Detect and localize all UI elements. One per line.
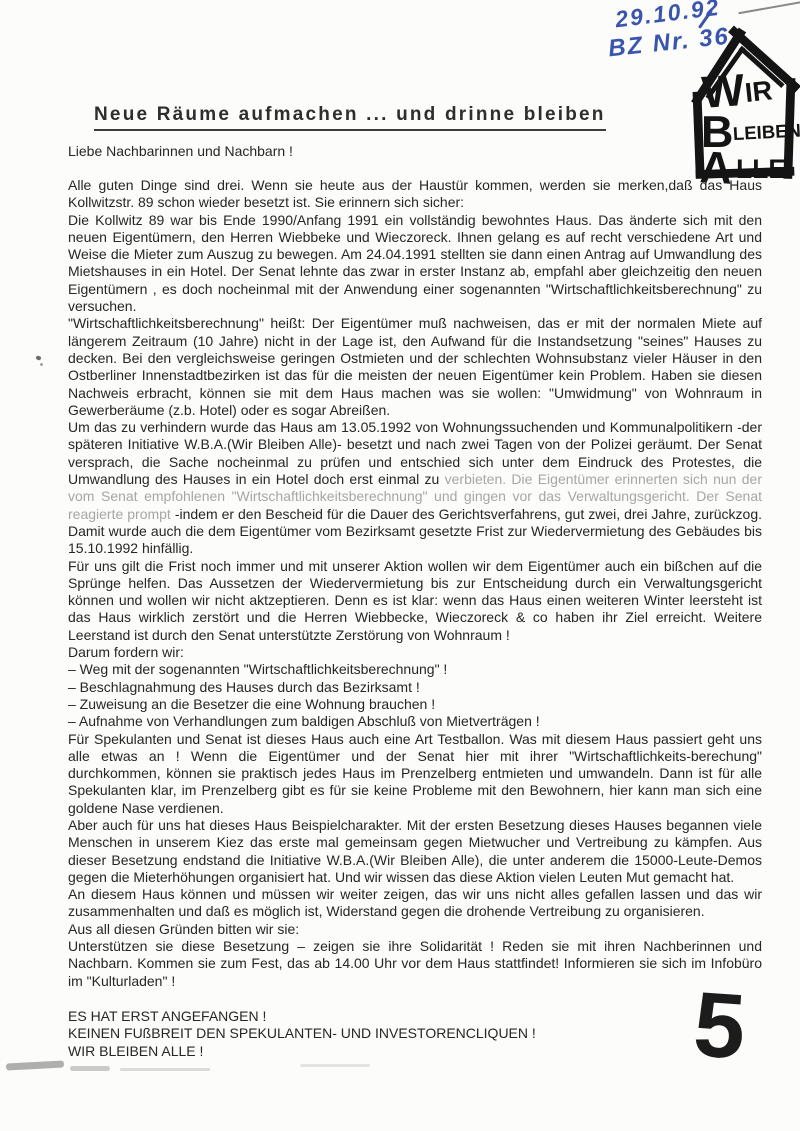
paragraph-6: Für Spekulanten und Senat ist dieses Hau… — [68, 731, 762, 817]
closing-line-1: ES HAT ERST ANGEFANGEN ! — [68, 1008, 762, 1025]
letter-body: Alle guten Dinge sind drei. Wenn sie heu… — [68, 177, 762, 1060]
salutation: Liebe Nachbarinnen und Nachbarn ! — [68, 143, 293, 159]
scan-smudge — [70, 1066, 110, 1071]
paragraph-9: Unterstützen sie diese Besetzung – zeige… — [68, 938, 762, 990]
demand-item-3: – Zuweisung an die Besetzer die eine Woh… — [68, 696, 762, 713]
scan-speck — [35, 355, 41, 360]
demand-item-1: – Weg mit der sogenannten "Wirtschaftlic… — [68, 661, 762, 678]
scan-speck — [40, 363, 43, 366]
stamp-letters-ir: IR — [743, 74, 774, 108]
paragraph-7: Aber auch für uns hat dieses Haus Beispi… — [68, 817, 762, 886]
paragraph-8: An diesem Haus können und müssen wir wei… — [68, 886, 762, 921]
wir-bleiben-alle-stamp-icon: W IR B LEIBEN A LLE — [686, 22, 800, 188]
closing-line-3: WIR BLEIBEN ALLE ! — [68, 1043, 762, 1060]
scan-smudge — [120, 1068, 210, 1071]
document-page: 29.10.92 BZ Nr. 36 W IR B LEIBEN A LLE — [0, 0, 800, 1131]
closing-slogans: ES HAT ERST ANGEFANGEN ! KEINEN FUßBREIT… — [68, 1008, 762, 1060]
paragraph-5: Für uns gilt die Frist noch immer und mi… — [68, 558, 762, 644]
pen-stroke-diagonal — [738, 0, 800, 14]
demand-item-2: – Beschlagnahmung des Hauses durch das B… — [68, 679, 762, 696]
demand-item-4: – Aufnahme von Verhandlungen zum baldige… — [68, 713, 762, 730]
scan-smudge — [300, 1064, 370, 1067]
handwritten-page-number: 5 — [691, 978, 748, 1073]
scan-smudge — [6, 1060, 64, 1070]
paragraph-1: Alle guten Dinge sind drei. Wenn sie heu… — [68, 177, 762, 212]
stamp-letters-leiben: LEIBEN — [732, 120, 800, 145]
closing-line-2: KEINEN FUßBREIT DEN SPEKULANTEN- UND INV… — [68, 1025, 762, 1042]
appeal-intro: Aus all diesen Gründen bitten wir sie: — [68, 921, 762, 938]
paragraph-3: "Wirtschaftlichkeitsberechnung" heißt: D… — [68, 315, 762, 419]
paragraph-2: Die Kollwitz 89 war bis Ende 1990/Anfang… — [68, 212, 762, 316]
paragraph-4: Um das zu verhindern wurde das Haus am 1… — [68, 419, 762, 557]
demands-intro: Darum fordern wir: — [68, 644, 762, 661]
page-title: Neue Räume aufmachen ... und drinne blei… — [94, 104, 606, 131]
